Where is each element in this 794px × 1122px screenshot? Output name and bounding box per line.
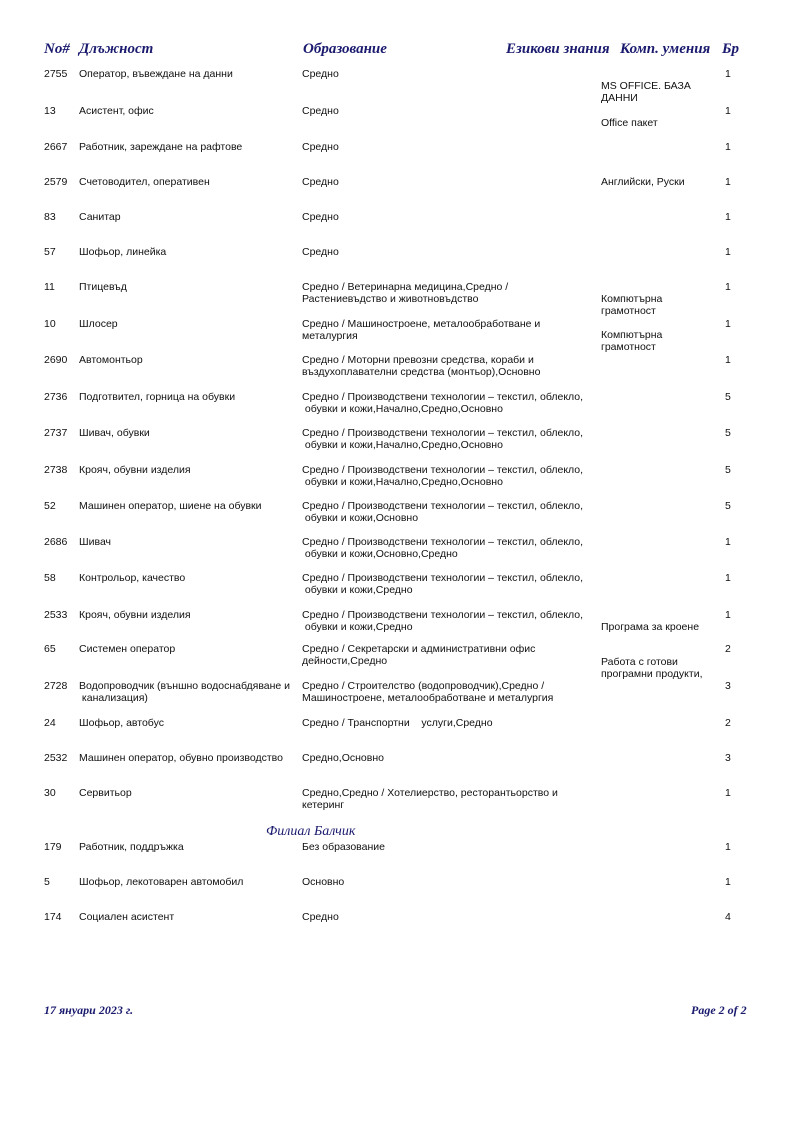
- row-count: 1: [725, 211, 731, 223]
- row-number: 10: [44, 318, 56, 330]
- row-position: Оператор, въвеждане на данни: [79, 68, 233, 80]
- header-count: Бр: [722, 41, 739, 58]
- row-number: 52: [44, 500, 56, 512]
- row-position: Машинен оператор, обувно производство: [79, 752, 283, 764]
- row-number: 2533: [44, 609, 67, 621]
- row-position: Контрольор, качество: [79, 572, 185, 584]
- row-education: Без образование: [302, 841, 385, 853]
- row-number: 30: [44, 787, 56, 799]
- row-number: 2755: [44, 68, 67, 80]
- row-count: 1: [725, 536, 731, 548]
- row-education: Средно / Производствени технологии – тек…: [302, 500, 583, 524]
- row-position: Птицевъд: [79, 281, 127, 293]
- row-position: Автомонтьор: [79, 354, 143, 366]
- row-education: Средно: [302, 246, 339, 258]
- row-number: 2690: [44, 354, 67, 366]
- row-count: 5: [725, 391, 731, 403]
- row-education: Средно,Основно: [302, 752, 384, 764]
- row-education: Средно / Производствени технологии – тек…: [302, 572, 583, 596]
- skills-entry: MS OFFICE. БАЗА ДАННИ: [601, 80, 691, 104]
- row-number: 179: [44, 841, 62, 853]
- row-number: 2667: [44, 141, 67, 153]
- row-education: Средно: [302, 105, 339, 117]
- skills-entry: Английски, Руски: [601, 176, 685, 188]
- row-count: 1: [725, 572, 731, 584]
- row-education: Средно: [302, 141, 339, 153]
- row-education: Средно / Производствени технологии – тек…: [302, 464, 583, 488]
- row-number: 57: [44, 246, 56, 258]
- skills-entry: Компютърна грамотност: [601, 293, 662, 317]
- row-position: Шофьор, линейка: [79, 246, 166, 258]
- row-count: 2: [725, 643, 731, 655]
- row-number: 2736: [44, 391, 67, 403]
- row-count: 1: [725, 876, 731, 888]
- row-number: 58: [44, 572, 56, 584]
- row-position: Шивач, обувки: [79, 427, 150, 439]
- header-education: Образование: [303, 41, 387, 58]
- row-position: Работник, зареждане на рафтове: [79, 141, 242, 153]
- section-title-balchik: Филиал Балчик: [266, 824, 355, 840]
- row-count: 1: [725, 354, 731, 366]
- row-count: 1: [725, 176, 731, 188]
- row-education: Средно: [302, 911, 339, 923]
- row-number: 2737: [44, 427, 67, 439]
- row-education: Средно / Транспортни услуги,Средно: [302, 717, 493, 729]
- row-count: 1: [725, 281, 731, 293]
- row-position: Крояч, обувни изделия: [79, 464, 191, 476]
- footer-date: 17 януари 2023 г.: [44, 1003, 133, 1018]
- row-count: 1: [725, 141, 731, 153]
- row-number: 2579: [44, 176, 67, 188]
- row-education: Основно: [302, 876, 344, 888]
- row-number: 174: [44, 911, 62, 923]
- row-count: 3: [725, 752, 731, 764]
- row-position: Работник, поддръжка: [79, 841, 184, 853]
- row-position: Шивач: [79, 536, 111, 548]
- row-education: Средно: [302, 176, 339, 188]
- row-position: Водопроводчик (външно водоснабдяване и к…: [79, 680, 290, 704]
- skills-entry: Компютърна грамотност: [601, 329, 662, 353]
- row-count: 5: [725, 500, 731, 512]
- row-education: Средно / Секретарски и административни о…: [302, 643, 535, 667]
- row-education: Средно / Строителство (водопроводчик),Ср…: [302, 680, 553, 704]
- row-position: Шофьор, лекотоварен автомобил: [79, 876, 243, 888]
- row-education: Средно: [302, 68, 339, 80]
- row-count: 5: [725, 464, 731, 476]
- row-position: Счетоводител, оперативен: [79, 176, 210, 188]
- row-position: Асистент, офис: [79, 105, 154, 117]
- row-number: 2686: [44, 536, 67, 548]
- header-no: No#: [44, 41, 70, 58]
- row-education: Средно / Производствени технологии – тек…: [302, 427, 583, 451]
- skills-entry: Програма за кроене: [601, 621, 699, 633]
- row-position: Сервитьор: [79, 787, 132, 799]
- row-education: Средно / Машиностроене, металообработван…: [302, 318, 540, 342]
- row-education: Средно / Ветеринарна медицина,Средно / Р…: [302, 281, 508, 305]
- row-count: 1: [725, 246, 731, 258]
- row-count: 1: [725, 841, 731, 853]
- row-education: Средно / Производствени технологии – тек…: [302, 609, 583, 633]
- row-number: 24: [44, 717, 56, 729]
- row-education: Средно / Производствени технологии – тек…: [302, 536, 583, 560]
- row-number: 83: [44, 211, 56, 223]
- header-languages: Езикови знания: [506, 41, 610, 58]
- skills-entry: Работа с готови програмни продукти,: [601, 656, 703, 680]
- row-count: 2: [725, 717, 731, 729]
- row-count: 1: [725, 105, 731, 117]
- row-number: 11: [44, 281, 55, 293]
- row-count: 5: [725, 427, 731, 439]
- row-position: Машинен оператор, шиене на обувки: [79, 500, 262, 512]
- row-position: Санитар: [79, 211, 121, 223]
- footer-page-number: Page 2 of 2: [691, 1003, 747, 1018]
- row-number: 2738: [44, 464, 67, 476]
- header-position: Длъжност: [79, 41, 153, 58]
- skills-entry: Office пакет: [601, 117, 658, 129]
- row-number: 13: [44, 105, 56, 117]
- row-number: 5: [44, 876, 50, 888]
- row-count: 1: [725, 609, 731, 621]
- row-education: Средно: [302, 211, 339, 223]
- row-position: Подготвител, горница на обувки: [79, 391, 235, 403]
- header-computer-skills: Комп. умения: [620, 41, 710, 58]
- row-count: 1: [725, 68, 731, 80]
- row-position: Шлосер: [79, 318, 118, 330]
- row-count: 4: [725, 911, 731, 923]
- row-position: Системен оператор: [79, 643, 175, 655]
- row-number: 65: [44, 643, 56, 655]
- row-education: Средно,Средно / Хотелиерство, ресторанть…: [302, 787, 558, 811]
- row-number: 2728: [44, 680, 67, 692]
- row-count: 1: [725, 787, 731, 799]
- row-position: Шофьор, автобус: [79, 717, 164, 729]
- row-count: 3: [725, 680, 731, 692]
- row-position: Крояч, обувни изделия: [79, 609, 191, 621]
- row-number: 2532: [44, 752, 67, 764]
- row-count: 1: [725, 318, 731, 330]
- row-position: Социален асистент: [79, 911, 174, 923]
- row-education: Средно / Производствени технологии – тек…: [302, 391, 583, 415]
- row-education: Средно / Моторни превозни средства, кора…: [302, 354, 540, 378]
